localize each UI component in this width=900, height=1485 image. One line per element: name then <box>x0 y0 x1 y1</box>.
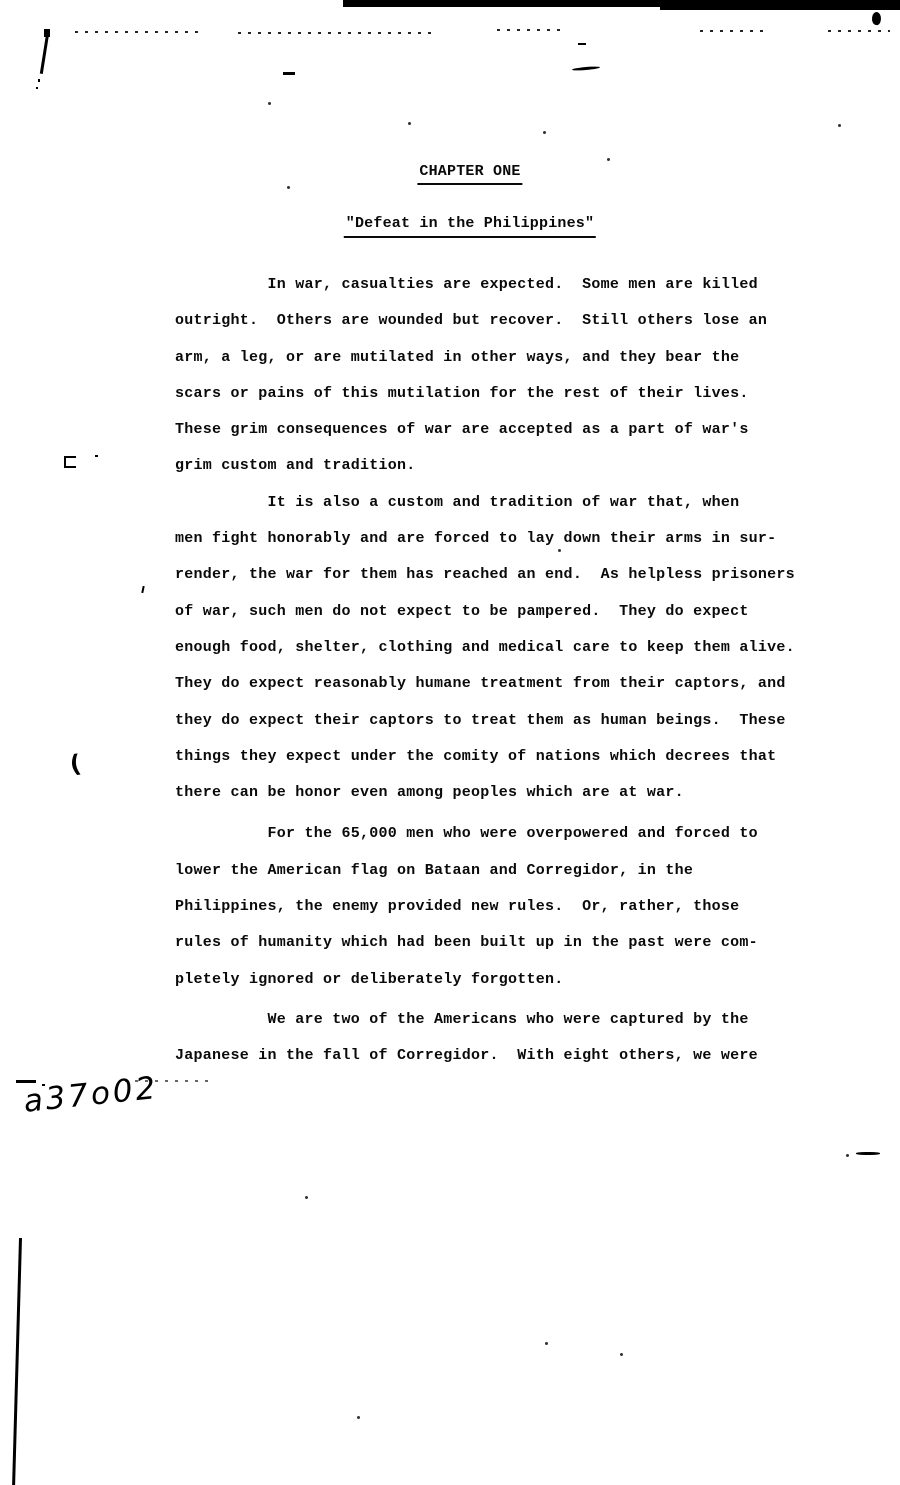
scan-artifact-speck <box>268 102 271 105</box>
scan-artifact-vertical-line <box>12 1238 21 1485</box>
typescript-line: In war, casualties are expected. Some me… <box>175 267 825 303</box>
scan-artifact-paren-mark: ( <box>68 749 83 778</box>
scan-artifact-speck <box>357 1416 360 1419</box>
typescript-line: render, the war for them has reached an … <box>175 557 825 593</box>
scan-artifact-dotted-row <box>238 32 433 34</box>
typescript-line: grim custom and tradition. <box>175 448 825 484</box>
typescript-line: scars or pains of this mutilation for th… <box>175 376 825 412</box>
scan-artifact-speck <box>607 158 610 161</box>
typescript-line: These grim consequences of war are accep… <box>175 412 825 448</box>
scan-artifact-speck <box>543 131 546 134</box>
typescript-line: It is also a custom and tradition of war… <box>175 485 825 521</box>
chapter-heading: CHAPTER ONE <box>417 163 522 185</box>
scan-artifact-speck <box>305 1196 308 1199</box>
scan-artifact-dotted-row <box>75 31 205 33</box>
typescript-line: We are two of the Americans who were cap… <box>175 1002 825 1038</box>
scan-artifact-speck <box>287 186 290 189</box>
typescript-line: arm, a leg, or are mutilated in other wa… <box>175 340 825 376</box>
typescript-line: They do expect reasonably humane treatme… <box>175 666 825 702</box>
scan-artifact-dash <box>283 72 295 75</box>
scan-artifact-dash <box>856 1152 880 1155</box>
typescript-line: For the 65,000 men who were overpowered … <box>175 816 825 852</box>
typescript-line: they do expect their captors to treat th… <box>175 703 825 739</box>
typescript-line: things they expect under the comity of n… <box>175 739 825 775</box>
chapter-title: "Defeat in the Philippines" <box>344 215 596 238</box>
scan-artifact-speck <box>408 122 411 125</box>
scan-artifact-dash <box>578 43 586 45</box>
scan-artifact-tick <box>141 586 144 593</box>
scan-artifact-speck <box>36 87 38 89</box>
handwritten-archive-number: a37o02 <box>22 1070 160 1120</box>
typescript-line: outright. Others are wounded but recover… <box>175 303 825 339</box>
scan-artifact-dotted-row <box>700 30 766 32</box>
typescript-line: Philippines, the enemy provided new rule… <box>175 889 825 925</box>
typescript-line: lower the American flag on Bataan and Co… <box>175 853 825 889</box>
typescript-body: In war, casualties are expected. Some me… <box>175 267 825 1075</box>
scan-artifact-bracket-mark <box>64 456 76 468</box>
scan-artifact-speck <box>838 124 841 127</box>
scan-artifact-speck <box>38 79 40 82</box>
typescript-line: there can be honor even among peoples wh… <box>175 775 825 811</box>
typescript-line: men fight honorably and are forced to la… <box>175 521 825 557</box>
scan-artifact-pen-stroke <box>40 33 49 74</box>
scan-artifact-dash <box>572 66 600 71</box>
typescript-line: enough food, shelter, clothing and medic… <box>175 630 825 666</box>
manuscript-page: ( CHAPTER ONE "Defeat in the Philippines… <box>0 0 900 1485</box>
scan-artifact-speck <box>545 1342 548 1345</box>
typescript-line: rules of humanity which had been built u… <box>175 925 825 961</box>
scan-artifact-top-bar-thick <box>660 0 900 10</box>
scan-artifact-dotted-row <box>497 29 561 31</box>
scan-artifact-dotted-row <box>828 30 890 32</box>
scan-artifact-speck <box>846 1154 849 1157</box>
typescript-line: pletely ignored or deliberately forgotte… <box>175 962 825 998</box>
typescript-line: Japanese in the fall of Corregidor. With… <box>175 1038 825 1074</box>
scan-artifact-speck <box>95 455 98 457</box>
typescript-line: of war, such men do not expect to be pam… <box>175 594 825 630</box>
scan-artifact-speck <box>620 1353 623 1356</box>
scan-artifact-corner-smudge <box>871 11 882 25</box>
